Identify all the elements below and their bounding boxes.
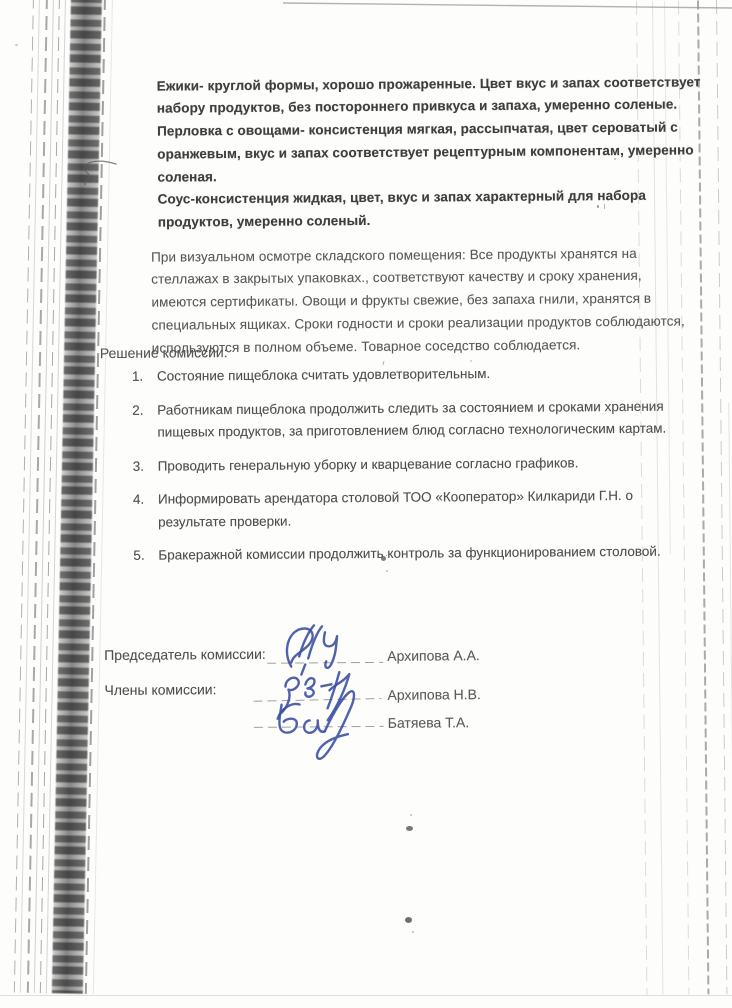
member-name: Архипова Н.В. <box>387 686 480 703</box>
decision-item: 4. Информировать арендатора столовой ТОО… <box>133 484 708 534</box>
scanned-document-page: Ежики- круглой формы, хорошо прожаренные… <box>0 0 732 1008</box>
members-label: Члены комиссии: <box>104 681 216 698</box>
member-name: Батяева Т.А. <box>388 714 470 731</box>
decision-item-number: 2. <box>132 399 157 422</box>
decision-item-text: Работникам пищеблока продолжить следить … <box>157 395 666 444</box>
decision-item-text: Проводить генеральную уборку и кварцеван… <box>158 452 579 478</box>
paragraph-dish-assessment: Ежики- круглой формы, хорошо прожаренные… <box>157 71 718 235</box>
paragraph-storage-inspection: При визуальном осмотре складского помеще… <box>151 242 722 360</box>
decision-item-number: 3. <box>133 455 158 478</box>
decision-item-text: Информировать арендатора столовой ТОО «К… <box>158 485 633 534</box>
decision-item-text: Состояние пищеблока считать удовлетворит… <box>157 363 490 388</box>
decision-item: 3. Проводить генеральную уборку и кварце… <box>133 451 708 478</box>
chair-label: Председатель комиссии: <box>104 646 266 663</box>
decision-item-number: 1. <box>132 366 157 389</box>
document-content: Ежики- круглой формы, хорошо прожаренные… <box>0 0 732 1008</box>
decision-heading: Решение комиссии: <box>100 344 228 361</box>
decision-item: 1. Состояние пищеблока считать удовлетво… <box>132 361 707 388</box>
decision-item-text: Бракеражной комиссии продолжить контроль… <box>158 541 660 567</box>
decision-item: 2. Работникам пищеблока продолжить следи… <box>132 395 707 445</box>
decision-list: 1. Состояние пищеблока считать удовлетво… <box>132 361 709 567</box>
decision-item: 5. Бракеражной комиссии продолжить контр… <box>133 540 708 567</box>
decision-item-number: 4. <box>133 489 158 512</box>
decision-item-number: 5. <box>133 545 158 568</box>
handwritten-signature-member-2 <box>269 690 370 767</box>
chair-name: Архипова А.А. <box>387 647 480 664</box>
